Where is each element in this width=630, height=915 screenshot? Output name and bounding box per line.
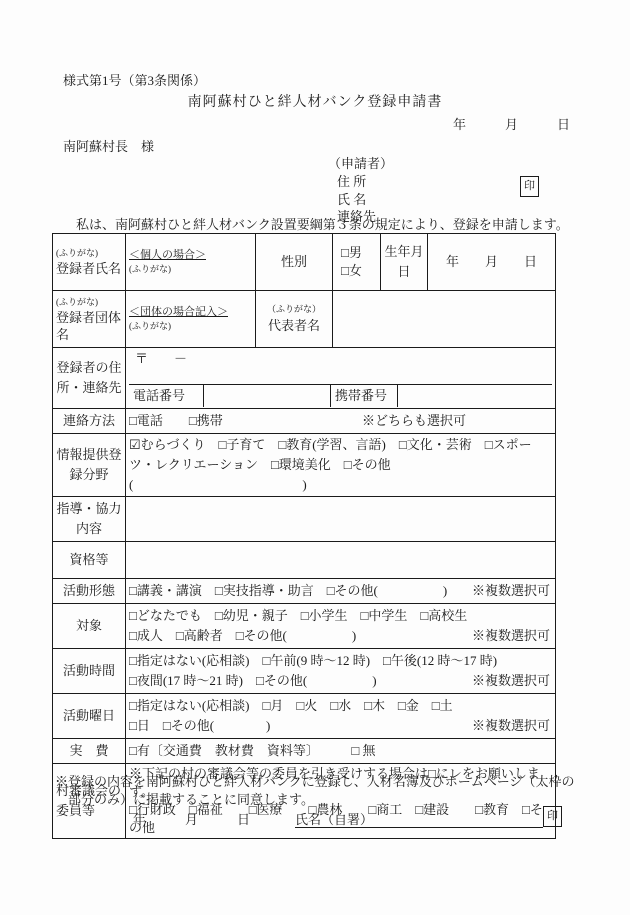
- birthdate-value-cell: 年 月 日: [428, 234, 556, 291]
- phone-label: 電話番号: [129, 385, 204, 407]
- qualifications-label-cell: 資格等: [53, 542, 126, 579]
- consent-note-line1: ※登録の内容を南阿蘇村ひと絆人材バンクに登録し、人材名簿及びホームページ（太枠の: [55, 771, 574, 790]
- furigana-label: （ふりがな）: [259, 303, 329, 316]
- registration-table: (ふりがな) 登録者氏名 ＜個人の場合＞ (ふりがな) 性別 □男 □女 生年月…: [52, 233, 556, 839]
- representative-label-cell: （ふりがな） 代表者名: [256, 291, 333, 348]
- activity-form-label-cell: 活動形態: [53, 579, 126, 604]
- multi-select-note: ※複数選択可: [472, 671, 550, 691]
- row-target: 対象 □どなたでも □幼児・親子 □小学生 □中学生 □高校生 □成人 □高齢者…: [53, 604, 556, 649]
- target-options-cell: □どなたでも □幼児・親子 □小学生 □中学生 □高校生 □成人 □高齢者 □そ…: [126, 604, 556, 649]
- seal-stamp-box-bottom: 印: [543, 806, 562, 827]
- group-case-cell: ＜団体の場合記入＞ (ふりがな): [126, 291, 256, 348]
- gender-options-cell: □男 □女: [333, 234, 381, 291]
- applicant-address-label: 住 所: [337, 171, 366, 190]
- expenses-label-cell: 実 費: [53, 739, 126, 764]
- address-entry-cell: 〒 － 電話番号 携帯番号: [126, 348, 556, 409]
- multi-select-note: ※複数選択可: [472, 581, 550, 601]
- expenses-options-cell: □有〔交通費 教材費 資料等〕 □ 無: [126, 739, 556, 764]
- postal-code-field: 〒 －: [129, 349, 552, 384]
- mobile-entry-field: [398, 385, 552, 407]
- representative-label: 代表者名: [268, 318, 320, 333]
- checkbox-line-activity-form: □講義・講演 □実技指導・助言 □その他( ): [129, 581, 447, 601]
- furigana-label: (ふりがな): [56, 247, 122, 260]
- contact-method-label-cell: 連絡方法: [53, 409, 126, 434]
- gender-label-cell: 性別: [256, 234, 333, 291]
- activity-form-options-cell: □講義・講演 □実技指導・助言 □その他( ) ※複数選択可: [126, 579, 556, 604]
- checkbox-line-days-2: □日 □その他( ): [129, 716, 270, 736]
- checkbox-line-target-1: □どなたでも □幼児・親子 □小学生 □中学生 □高校生: [129, 606, 552, 626]
- checkbox-line-time-2: □夜間(17 時～21 時) □その他( ): [129, 671, 377, 691]
- checkbox-line-time-1: □指定はない(応相談) □午前(9 時～12 時) □午後(12 時～17 時): [129, 651, 552, 671]
- row-expenses: 実 費 □有〔交通費 教材費 資料等〕 □ 無: [53, 739, 556, 764]
- form-number: 様式第1号（第3条関係）: [63, 70, 206, 89]
- row-group-name: (ふりがな) 登録者団体名 ＜団体の場合記入＞ (ふりがな) （ふりがな） 代表…: [53, 291, 556, 348]
- row-contact-method: 連絡方法 □電話 □携帯 ※どちらも選択可: [53, 409, 556, 434]
- qualifications-entry-cell: [126, 542, 556, 579]
- guidance-label-cell: 指導・協力内容: [53, 497, 126, 542]
- checkbox-line-contact: □電話 □携帯: [129, 411, 223, 431]
- row-activity-days: 活動曜日 □指定はない(応相談) □月 □火 □水 □木 □金 □土 □日 □そ…: [53, 694, 556, 739]
- row-activity-time: 活動時間 □指定はない(応相談) □午前(9 時～12 時) □午後(12 時～…: [53, 649, 556, 694]
- birthdate-label-cell: 生年月日: [381, 234, 428, 291]
- activity-time-options-cell: □指定はない(応相談) □午前(9 時～12 時) □午後(12 時～17 時)…: [126, 649, 556, 694]
- mobile-label: 携帯番号: [331, 385, 398, 407]
- activity-time-label-cell: 活動時間: [53, 649, 126, 694]
- guidance-entry-cell: [126, 497, 556, 542]
- multi-select-note: ※複数選択可: [472, 716, 550, 736]
- checkbox-line-target-2: □成人 □高齢者 □その他( ): [129, 626, 356, 646]
- checkbox-male: □男: [336, 244, 377, 262]
- header-date-line: 年 月 日: [453, 114, 570, 133]
- group-name-label: 登録者団体名: [56, 309, 122, 343]
- group-name-label-cell: (ふりがな) 登録者団体名: [53, 291, 126, 348]
- phone-entry-field: [204, 385, 331, 407]
- registrant-name-label: 登録者氏名: [56, 260, 122, 277]
- signature-name-field: 氏名（自署）: [295, 809, 543, 828]
- multi-select-note: ※複数選択可: [472, 626, 550, 646]
- seal-stamp-box: 印: [520, 176, 539, 197]
- target-label-cell: 対象: [53, 604, 126, 649]
- checkbox-line-days-1: □指定はない(応相談) □月 □火 □水 □木 □金 □土: [129, 696, 552, 716]
- either-selectable-note: ※どちらも選択可: [362, 411, 466, 431]
- activity-days-label-cell: 活動曜日: [53, 694, 126, 739]
- applicant-label: （申請者）: [328, 153, 393, 172]
- address-label-cell: 登録者の住所・連絡先: [53, 348, 126, 409]
- consent-note-line2: 部分のみ）に掲載することに同意します。: [55, 789, 314, 808]
- row-registrant-name: (ふりがな) 登録者氏名 ＜個人の場合＞ (ふりがな) 性別 □男 □女 生年月…: [53, 234, 556, 291]
- addressee: 南阿蘇村長 様: [63, 136, 154, 155]
- row-address: 登録者の住所・連絡先 〒 － 電話番号 携帯番号: [53, 348, 556, 409]
- phone-subrow: 電話番号 携帯番号: [129, 384, 552, 407]
- contact-method-options-cell: □電話 □携帯 ※どちらも選択可: [126, 409, 556, 434]
- row-registration-fields: 情報提供登録分野 ☑むらづくり □子育て □教育(学習、言語) □文化・芸術 □…: [53, 434, 556, 497]
- furigana-label: (ふりがな): [129, 320, 252, 333]
- furigana-label: (ふりがな): [56, 296, 122, 309]
- fields-options-cell: ☑むらづくり □子育て □教育(学習、言語) □文化・芸術 □スポーツ・レクリエ…: [126, 434, 556, 497]
- row-activity-form: 活動形態 □講義・講演 □実技指導・助言 □その他( ) ※複数選択可: [53, 579, 556, 604]
- group-case-note: ＜団体の場合記入＞: [129, 305, 252, 320]
- signature-date-line: 年 月 日: [133, 809, 250, 828]
- individual-case-cell: ＜個人の場合＞ (ふりがな): [126, 234, 256, 291]
- fields-label-cell: 情報提供登録分野: [53, 434, 126, 497]
- furigana-label: (ふりがな): [129, 263, 252, 276]
- checkbox-female: □女: [336, 262, 377, 280]
- row-guidance: 指導・協力内容: [53, 497, 556, 542]
- activity-days-options-cell: □指定はない(応相談) □月 □火 □水 □木 □金 □土 □日 □その他( )…: [126, 694, 556, 739]
- form-page: 様式第1号（第3条関係） 南阿蘇村ひと絆人材バンク登録申請書 年 月 日 南阿蘇…: [0, 0, 630, 915]
- registrant-name-label-cell: (ふりがな) 登録者氏名: [53, 234, 126, 291]
- declaration-sentence: 私は、南阿蘇村ひと絆人材バンク設置要綱第３条の規定により、登録を申請します。: [63, 214, 569, 233]
- page-title: 南阿蘇村ひと絆人材バンク登録申請書: [0, 91, 630, 111]
- representative-entry-cell: [333, 291, 556, 348]
- row-qualifications: 資格等: [53, 542, 556, 579]
- individual-case-note: ＜個人の場合＞: [129, 248, 252, 263]
